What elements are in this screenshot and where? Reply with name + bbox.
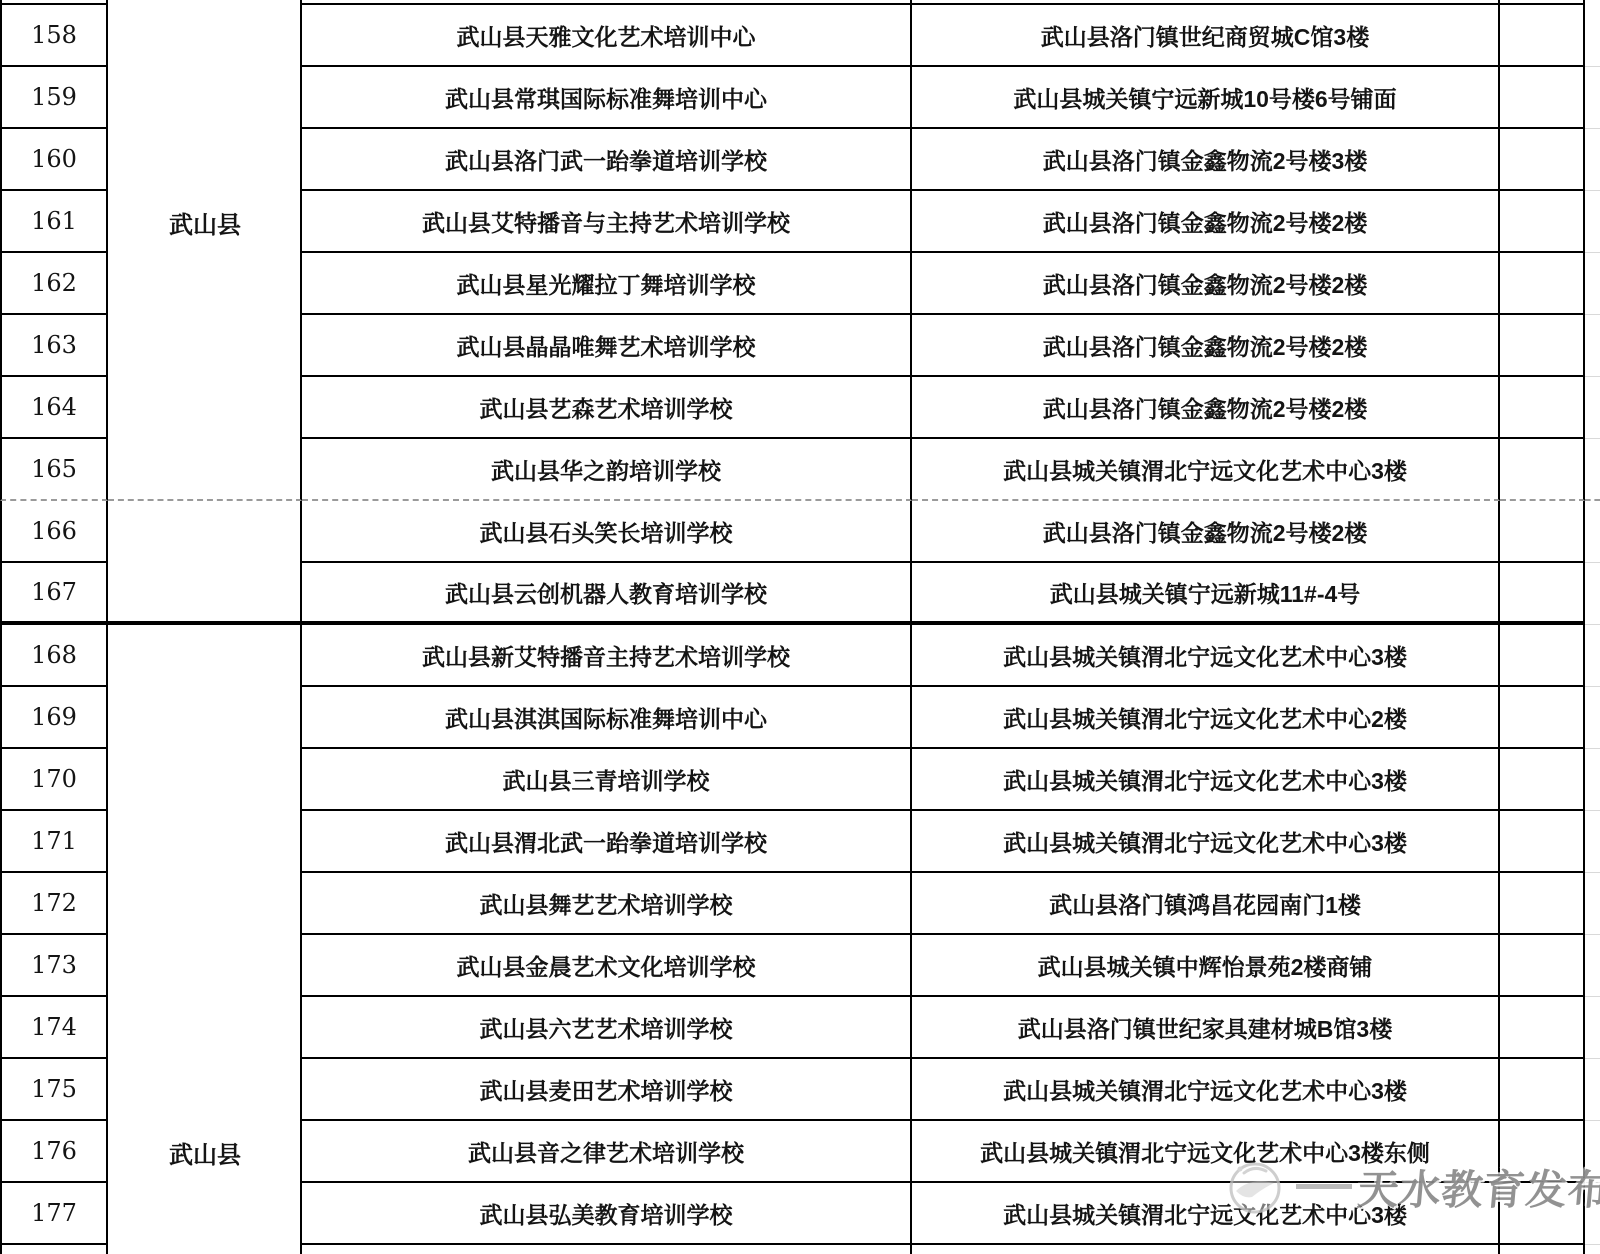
row-number-cell: 164: [0, 377, 108, 439]
address-cell: 武山县城关镇渭北宁远文化艺术中心2楼: [912, 687, 1500, 749]
address-cell: 武山县城关镇渭北宁远文化艺术中心3楼: [912, 811, 1500, 873]
institution-name-cell: 武山县艺森艺术培训学校: [302, 377, 912, 439]
county-cell: [108, 935, 302, 997]
row-number-cell: 160: [0, 129, 108, 191]
gridline-stub: [1585, 315, 1600, 377]
institution-name-cell: [302, 1245, 912, 1254]
institution-name-cell: 武山县天雅文化艺术培训中心: [302, 5, 912, 67]
row-number-cell: 173: [0, 935, 108, 997]
address-cell: 武山县城关镇中辉怡景苑2楼商铺: [912, 935, 1500, 997]
gridline-stub: [1585, 1245, 1600, 1254]
row-number-cell: 161: [0, 191, 108, 253]
gridline-stub: [1585, 687, 1600, 749]
table-row: 168 武山县新艾特播音主持艺术培训学校 武山县城关镇渭北宁远文化艺术中心3楼: [0, 625, 1600, 687]
empty-cell: [1500, 1183, 1585, 1245]
county-cell: [108, 873, 302, 935]
county-cell: [108, 1059, 302, 1121]
gridline-stub: [1585, 625, 1600, 687]
gridline-stub: [1585, 1059, 1600, 1121]
gridline-stub: [1585, 439, 1600, 501]
empty-cell: [1500, 935, 1585, 997]
institution-name-cell: 武山县石头笑长培训学校: [302, 501, 912, 563]
empty-cell: [1500, 563, 1585, 625]
institution-name-cell: 武山县音之律艺术培训学校: [302, 1121, 912, 1183]
table-row: 160 武山县洛门武一跆拳道培训学校 武山县洛门镇金鑫物流2号楼3楼: [0, 129, 1600, 191]
empty-cell: [1500, 129, 1585, 191]
institution-name-cell: 武山县星光耀拉丁舞培训学校: [302, 253, 912, 315]
empty-cell: [1500, 625, 1585, 687]
address-cell: 武山县洛门镇金鑫物流2号楼2楼: [912, 191, 1500, 253]
address-cell: 武山县城关镇宁远新城10号楼6号铺面: [912, 67, 1500, 129]
empty-cell: [1500, 377, 1585, 439]
gridline-stub: [1585, 129, 1600, 191]
row-number-cell: 166: [0, 501, 108, 563]
gridline-stub: [1585, 191, 1600, 253]
empty-cell: [1500, 439, 1585, 501]
row-number-cell: 171: [0, 811, 108, 873]
row-number-cell: 159: [0, 67, 108, 129]
row-number-cell: 170: [0, 749, 108, 811]
gridline-stub: [1585, 935, 1600, 997]
gridline-stub: [1585, 563, 1600, 625]
gridline-stub: [1585, 1121, 1600, 1183]
gridline-stub: [1585, 501, 1600, 563]
empty-cell: [1500, 5, 1585, 67]
empty-cell: [1500, 1121, 1585, 1183]
county-cell: [108, 749, 302, 811]
table-row: 173 武山县金晨艺术文化培训学校 武山县城关镇中辉怡景苑2楼商铺: [0, 935, 1600, 997]
county-cell: [108, 501, 302, 563]
table-row: 163 武山县晶晶唯舞艺术培训学校 武山县洛门镇金鑫物流2号楼2楼: [0, 315, 1600, 377]
gridline-stub: [1585, 749, 1600, 811]
institution-name-cell: 武山县淇淇国际标准舞培训中心: [302, 687, 912, 749]
table-row: 165 武山县华之韵培训学校 武山县城关镇渭北宁远文化艺术中心3楼: [0, 439, 1600, 501]
empty-cell: [1500, 1245, 1585, 1254]
table-row: 170 武山县三青培训学校 武山县城关镇渭北宁远文化艺术中心3楼: [0, 749, 1600, 811]
institution-name-cell: 武山县金晨艺术文化培训学校: [302, 935, 912, 997]
address-cell: 武山县洛门镇金鑫物流2号楼2楼: [912, 315, 1500, 377]
address-cell: 武山县洛门镇金鑫物流2号楼2楼: [912, 253, 1500, 315]
empty-cell: [1500, 749, 1585, 811]
county-cell: [108, 997, 302, 1059]
row-number-cell: 174: [0, 997, 108, 1059]
table-body: 158 武山县天雅文化艺术培训中心 武山县洛门镇世纪商贸城C馆3楼 159 武山…: [0, 0, 1600, 1254]
address-cell: 武山县洛门镇世纪家具建材城B馆3楼: [912, 997, 1500, 1059]
county-cell: [108, 377, 302, 439]
address-cell: 武山县城关镇渭北宁远文化艺术中心3楼: [912, 749, 1500, 811]
table-row: 166 武山县石头笑长培训学校 武山县洛门镇金鑫物流2号楼2楼: [0, 501, 1600, 563]
table-row: 159 武山县常琪国际标准舞培训中心 武山县城关镇宁远新城10号楼6号铺面: [0, 67, 1600, 129]
row-number-cell: [0, 1245, 108, 1254]
county-cell: [108, 315, 302, 377]
gridline-stub: [1585, 811, 1600, 873]
table-row: 164 武山县艺森艺术培训学校 武山县洛门镇金鑫物流2号楼2楼: [0, 377, 1600, 439]
table-row: 176 武山县音之律艺术培训学校 武山县城关镇渭北宁远文化艺术中心3楼东侧: [0, 1121, 1600, 1183]
county-cell: [108, 625, 302, 687]
gridline-stub: [1585, 253, 1600, 315]
institution-name-cell: 武山县洛门武一跆拳道培训学校: [302, 129, 912, 191]
empty-cell: [1500, 811, 1585, 873]
empty-cell: [1500, 191, 1585, 253]
institution-name-cell: 武山县弘美教育培训学校: [302, 1183, 912, 1245]
address-cell: 武山县城关镇宁远新城11#-4号: [912, 563, 1500, 625]
row-number-cell: 176: [0, 1121, 108, 1183]
table-row-partial-bottom: [0, 1245, 1600, 1254]
county-cell: [108, 687, 302, 749]
row-number-cell: 163: [0, 315, 108, 377]
county-cell: [108, 253, 302, 315]
institution-name-cell: 武山县渭北武一跆拳道培训学校: [302, 811, 912, 873]
county-cell: [108, 129, 302, 191]
gridline-stub: [1585, 67, 1600, 129]
institution-name-cell: 武山县艾特播音与主持艺术培训学校: [302, 191, 912, 253]
address-cell: 武山县城关镇渭北宁远文化艺术中心3楼: [912, 1183, 1500, 1245]
institution-name-cell: 武山县三青培训学校: [302, 749, 912, 811]
county-cell: [108, 1121, 302, 1183]
institution-name-cell: 武山县华之韵培训学校: [302, 439, 912, 501]
address-cell: [912, 1245, 1500, 1254]
empty-cell: [1500, 687, 1585, 749]
empty-cell: [1500, 253, 1585, 315]
table-row: 171 武山县渭北武一跆拳道培训学校 武山县城关镇渭北宁远文化艺术中心3楼: [0, 811, 1600, 873]
county-cell: [108, 1245, 302, 1254]
gridline-stub: [1585, 1183, 1600, 1245]
table-row: 169 武山县淇淇国际标准舞培训中心 武山县城关镇渭北宁远文化艺术中心2楼: [0, 687, 1600, 749]
table-row: 161 武山县艾特播音与主持艺术培训学校 武山县洛门镇金鑫物流2号楼2楼: [0, 191, 1600, 253]
address-cell: 武山县城关镇渭北宁远文化艺术中心3楼: [912, 439, 1500, 501]
institution-name-cell: 武山县麦田艺术培训学校: [302, 1059, 912, 1121]
institution-name-cell: 武山县舞艺艺术培训学校: [302, 873, 912, 935]
row-number-cell: 172: [0, 873, 108, 935]
row-number-cell: 165: [0, 439, 108, 501]
address-cell: 武山县洛门镇鸿昌花园南门1楼: [912, 873, 1500, 935]
empty-cell: [1500, 873, 1585, 935]
gridline-stub: [1585, 5, 1600, 67]
county-cell: [108, 439, 302, 501]
row-number-cell: 158: [0, 5, 108, 67]
address-cell: 武山县洛门镇世纪商贸城C馆3楼: [912, 5, 1500, 67]
table-row: 167 武山县云创机器人教育培训学校 武山县城关镇宁远新城11#-4号: [0, 563, 1600, 625]
gridline-stub: [1585, 377, 1600, 439]
empty-cell: [1500, 315, 1585, 377]
row-number-cell: 177: [0, 1183, 108, 1245]
gridline-stub: [1585, 997, 1600, 1059]
empty-cell: [1500, 997, 1585, 1059]
institution-name-cell: 武山县新艾特播音主持艺术培训学校: [302, 625, 912, 687]
empty-cell: [1500, 67, 1585, 129]
empty-cell: [1500, 501, 1585, 563]
table-row: 158 武山县天雅文化艺术培训中心 武山县洛门镇世纪商贸城C馆3楼: [0, 5, 1600, 67]
address-cell: 武山县城关镇渭北宁远文化艺术中心3楼东侧: [912, 1121, 1500, 1183]
address-cell: 武山县洛门镇金鑫物流2号楼3楼: [912, 129, 1500, 191]
table-row: 172 武山县舞艺艺术培训学校 武山县洛门镇鸿昌花园南门1楼: [0, 873, 1600, 935]
institution-name-cell: 武山县晶晶唯舞艺术培训学校: [302, 315, 912, 377]
institution-name-cell: 武山县云创机器人教育培训学校: [302, 563, 912, 625]
county-cell: [108, 191, 302, 253]
county-cell: [108, 1183, 302, 1245]
gridline-stub: [1585, 873, 1600, 935]
county-cell: [108, 5, 302, 67]
row-number-cell: 162: [0, 253, 108, 315]
spreadsheet-table-screenshot: 158 武山县天雅文化艺术培训中心 武山县洛门镇世纪商贸城C馆3楼 159 武山…: [0, 0, 1600, 1254]
empty-cell: [1500, 1059, 1585, 1121]
institution-name-cell: 武山县常琪国际标准舞培训中心: [302, 67, 912, 129]
address-cell: 武山县城关镇渭北宁远文化艺术中心3楼: [912, 1059, 1500, 1121]
county-cell: [108, 811, 302, 873]
institution-name-cell: 武山县六艺艺术培训学校: [302, 997, 912, 1059]
row-number-cell: 167: [0, 563, 108, 625]
county-cell: [108, 563, 302, 625]
row-number-cell: 175: [0, 1059, 108, 1121]
row-number-cell: 169: [0, 687, 108, 749]
table-row: 162 武山县星光耀拉丁舞培训学校 武山县洛门镇金鑫物流2号楼2楼: [0, 253, 1600, 315]
address-cell: 武山县城关镇渭北宁远文化艺术中心3楼: [912, 625, 1500, 687]
county-cell: [108, 67, 302, 129]
table-row: 174 武山县六艺艺术培训学校 武山县洛门镇世纪家具建材城B馆3楼: [0, 997, 1600, 1059]
row-number-cell: 168: [0, 625, 108, 687]
table-row: 175 武山县麦田艺术培训学校 武山县城关镇渭北宁远文化艺术中心3楼: [0, 1059, 1600, 1121]
address-cell: 武山县洛门镇金鑫物流2号楼2楼: [912, 501, 1500, 563]
table-row: 177 武山县弘美教育培训学校 武山县城关镇渭北宁远文化艺术中心3楼: [0, 1183, 1600, 1245]
address-cell: 武山县洛门镇金鑫物流2号楼2楼: [912, 377, 1500, 439]
